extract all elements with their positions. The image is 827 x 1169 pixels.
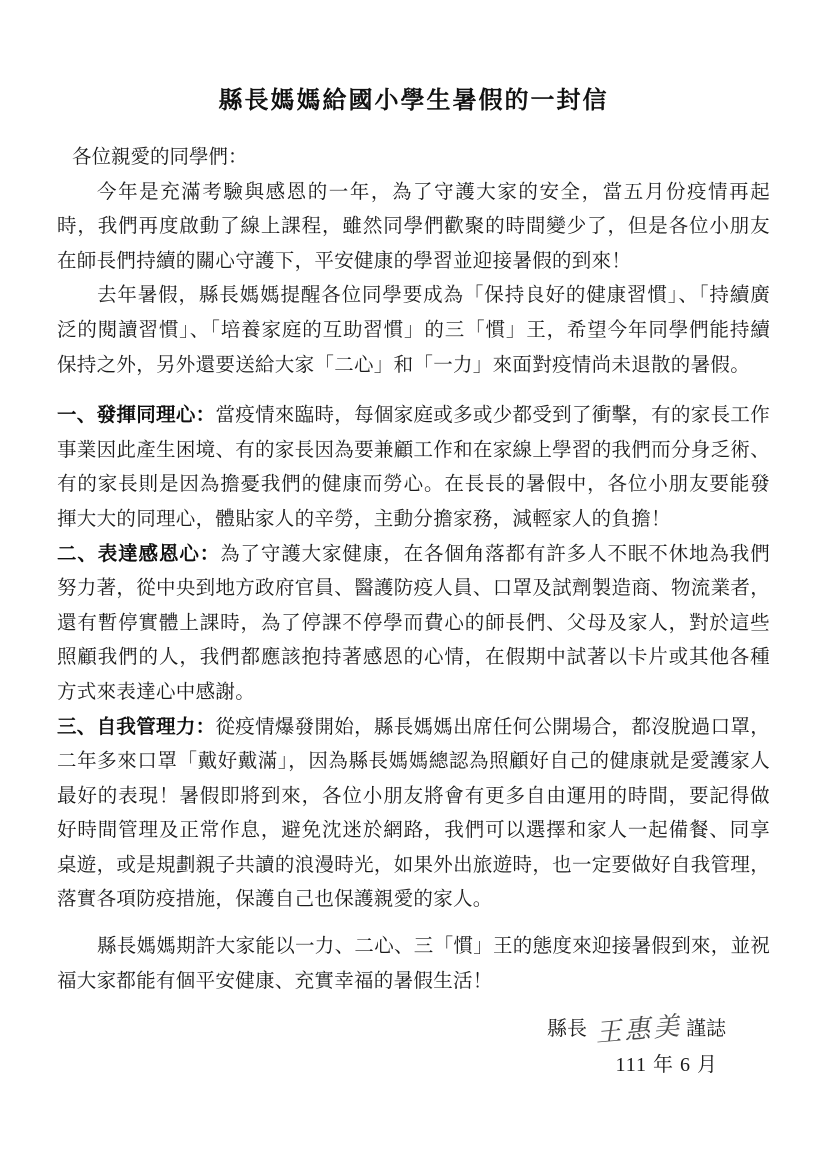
text-line: 照顧我們的人，我們都應該抱持著感恩的心情，在假期中試著以卡片或其他各種 [57, 641, 770, 676]
signer-title: 縣長 [547, 1018, 587, 1040]
text-line: 最好的表現！暑假即將到來，各位小朋友將會有更多自由運用的時間，要記得做 [57, 780, 770, 815]
salutation-line: 各位親愛的同學們： [57, 141, 770, 176]
text-line: 時，我們再度啟動了線上課程，雖然同學們歡聚的時間變少了，但是各位小朋友 [57, 210, 770, 245]
text-line: 桌遊，或是規劃親子共讀的浪漫時光，如果外出旅遊時，也一定要做好自我管理， [57, 849, 770, 884]
text-line: 好時間管理及正常作息，避免沈迷於網路，我們可以選擇和家人一起備餐、同享 [57, 814, 770, 849]
text-line: 保持之外，另外還要送給大家「二心」和「一力」來面對疫情尚未退散的暑假。 [57, 349, 770, 384]
signature-block: 縣長王惠美謹誌 111 年 6 月 [57, 1009, 770, 1083]
section-gratitude: 二、表達感恩心：為了守護大家健康，在各個角落都有許多人不眠不休地為我們努力著，從… [57, 538, 770, 711]
letter-page: 縣長媽媽給國小學生暑假的一封信 各位親愛的同學們： 今年是充滿考驗與感恩的一年，… [0, 0, 827, 1169]
text-line: 二、表達感恩心：為了守護大家健康，在各個角落都有許多人不眠不休地為我們 [57, 538, 770, 573]
handwritten-signature: 王惠美 [594, 1009, 684, 1052]
section-heading: 三、自我管理力： [57, 717, 215, 738]
text-line: 泛的閱讀習慣」、「培養家庭的互助習慣」的三「慣」王，希望今年同學們能持續 [57, 314, 770, 349]
text-line: 一、發揮同理心：當疫情來臨時，每個家庭或多或少都受到了衝擊，有的家長工作 [57, 399, 770, 434]
section-self-management: 三、自我管理力：從疫情爆發開始，縣長媽媽出席任何公開場合，都沒脫過口罩，二年多來… [57, 711, 770, 919]
text-line: 縣長媽媽期許大家能以一力、二心、三「慣」王的態度來迎接暑假到來，並祝 [57, 930, 770, 965]
paragraph-closing: 縣長媽媽期許大家能以一力、二心、三「慣」王的態度來迎接暑假到來，並祝福大家都能有… [57, 930, 770, 999]
date-line: 111 年 6 月 [57, 1047, 770, 1083]
text-line: 福大家都能有個平安健康、充實幸福的暑假生活！ [57, 965, 770, 1000]
section-heading: 一、發揮同理心： [57, 405, 215, 426]
section-empathy: 一、發揮同理心：當疫情來臨時，每個家庭或多或少都受到了衝擊，有的家長工作事業因此… [57, 399, 770, 537]
text-line: 落實各項防疫措施，保護自己也保護親愛的家人。 [57, 883, 770, 918]
text-line: 事業因此產生困境、有的家長因為要兼顧工作和在家線上學習的我們而分身乏術、 [57, 434, 770, 469]
paragraph-last-summer: 去年暑假，縣長媽媽提醒各位同學要成為「保持良好的健康習慣」、「持續廣泛的閱讀習慣… [57, 279, 770, 383]
text-line: 今年是充滿考驗與感恩的一年，為了守護大家的安全，當五月份疫情再起 [57, 176, 770, 211]
page-title: 縣長媽媽給國小學生暑假的一封信 [57, 86, 770, 116]
text-line: 方式來表達心中感謝。 [57, 676, 770, 711]
text-line: 去年暑假，縣長媽媽提醒各位同學要成為「保持良好的健康習慣」、「持續廣 [57, 279, 770, 314]
text-line: 努力著，從中央到地方政府官員、醫護防疫人員、口罩及試劑製造商、物流業者， [57, 572, 770, 607]
text-line: 還有暫停實體上課時，為了停課不停學而費心的師長們、父母及家人，對於這些 [57, 607, 770, 642]
text-line: 揮大大的同理心，體貼家人的辛勞，主動分擔家務，減輕家人的負擔！ [57, 503, 770, 538]
letter-body: 今年是充滿考驗與感恩的一年，為了守護大家的安全，當五月份疫情再起時，我們再度啟動… [57, 176, 770, 1000]
text-line: 有的家長則是因為擔憂我們的健康而勞心。在長長的暑假中，各位小朋友要能發 [57, 468, 770, 503]
text-line: 二年多來口罩「戴好戴滿」，因為縣長媽媽總認為照顧好自己的健康就是愛護家人 [57, 745, 770, 780]
text-line: 三、自我管理力：從疫情爆發開始，縣長媽媽出席任何公開場合，都沒脫過口罩， [57, 711, 770, 746]
signature-line: 縣長王惠美謹誌 [57, 1009, 770, 1047]
signature-suffix: 謹誌 [686, 1018, 726, 1040]
paragraph-intro: 今年是充滿考驗與感恩的一年，為了守護大家的安全，當五月份疫情再起時，我們再度啟動… [57, 176, 770, 280]
text-line: 在師長們持續的關心守護下，平安健康的學習並迎接暑假的到來！ [57, 245, 770, 280]
section-heading: 二、表達感恩心： [57, 544, 220, 565]
